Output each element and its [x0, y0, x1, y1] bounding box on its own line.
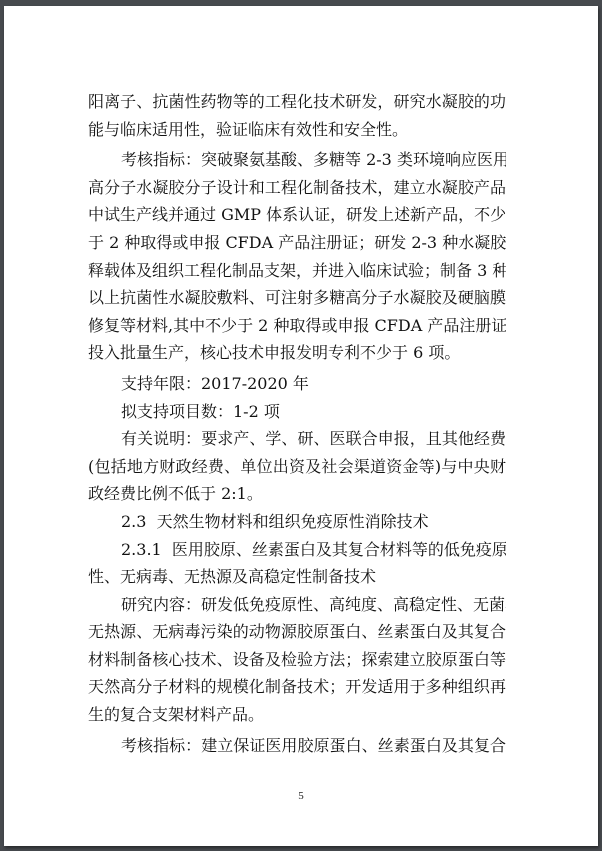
- text-line: 天然高分子材料的规模化制备技术；开发适用于多种组织再: [88, 673, 506, 701]
- text-line: 有关说明：要求产、学、研、医联合申报，且其他经费: [88, 425, 506, 453]
- section-heading-2-3-1-cont: 性、无病毒、无热源及高稳定性制备技术: [88, 563, 506, 591]
- text-line: 高分子水凝胶分子设计和工程化制备技术，建立水凝胶产品: [88, 174, 506, 202]
- text-line: 研究内容：研发低免疫原性、高纯度、高稳定性、无菌、: [88, 591, 506, 619]
- text-line: 于 2 种取得或申报 CFDA 产品注册证；研发 2-3 种水凝胶控: [88, 229, 506, 257]
- text-line: 释载体及组织工程化制品支架，并进入临床试验；制备 3 种: [88, 257, 506, 285]
- text-line: 以上抗菌性水凝胶敷料、可注射多糖高分子水凝胶及硬脑膜: [88, 284, 506, 312]
- page-number: 5: [4, 790, 598, 802]
- section-heading-2-3-1: 2.3.1 医用胶原、丝素蛋白及其复合材料等的低免疫原: [88, 536, 506, 564]
- text-line: 修复等材料,其中不少于 2 种取得或申报 CFDA 产品注册证，: [88, 312, 506, 340]
- section-heading-2-3: 2.3 天然生物材料和组织免疫原性消除技术: [88, 508, 506, 536]
- text-line: 拟支持项目数：1-2 项: [88, 398, 506, 426]
- text-line: 投入批量生产，核心技术申报发明专利不少于 6 项。: [88, 339, 506, 367]
- document-page: 阳离子、抗菌性药物等的工程化技术研发，研究水凝胶的功 能与临床适用性，验证临床有…: [4, 6, 598, 846]
- text-line: 能与临床适用性，验证临床有效性和安全性。: [88, 116, 506, 144]
- text-line: 阳离子、抗菌性药物等的工程化技术研发，研究水凝胶的功: [88, 88, 506, 116]
- text-line: 中试生产线并通过 GMP 体系认证，研发上述新产品，不少: [88, 201, 506, 229]
- text-line: 考核指标：建立保证医用胶原蛋白、丝素蛋白及其复合: [88, 732, 506, 760]
- text-line: 支持年限：2017-2020 年: [88, 370, 506, 398]
- text-line: 考核指标：突破聚氨基酸、多糖等 2-3 类环境响应医用: [88, 146, 506, 174]
- text-line: 政经费比例不低于 2:1。: [88, 480, 506, 508]
- text-line: 材料制备核心技术、设备及检验方法；探索建立胶原蛋白等: [88, 646, 506, 674]
- text-line: 无热源、无病毒污染的动物源胶原蛋白、丝素蛋白及其复合: [88, 618, 506, 646]
- text-line: 生的复合支架材料产品。: [88, 701, 506, 729]
- text-line: (包括地方财政经费、单位出资及社会渠道资金等)与中央财: [88, 453, 506, 481]
- body-text: 阳离子、抗菌性药物等的工程化技术研发，研究水凝胶的功 能与临床适用性，验证临床有…: [88, 88, 506, 759]
